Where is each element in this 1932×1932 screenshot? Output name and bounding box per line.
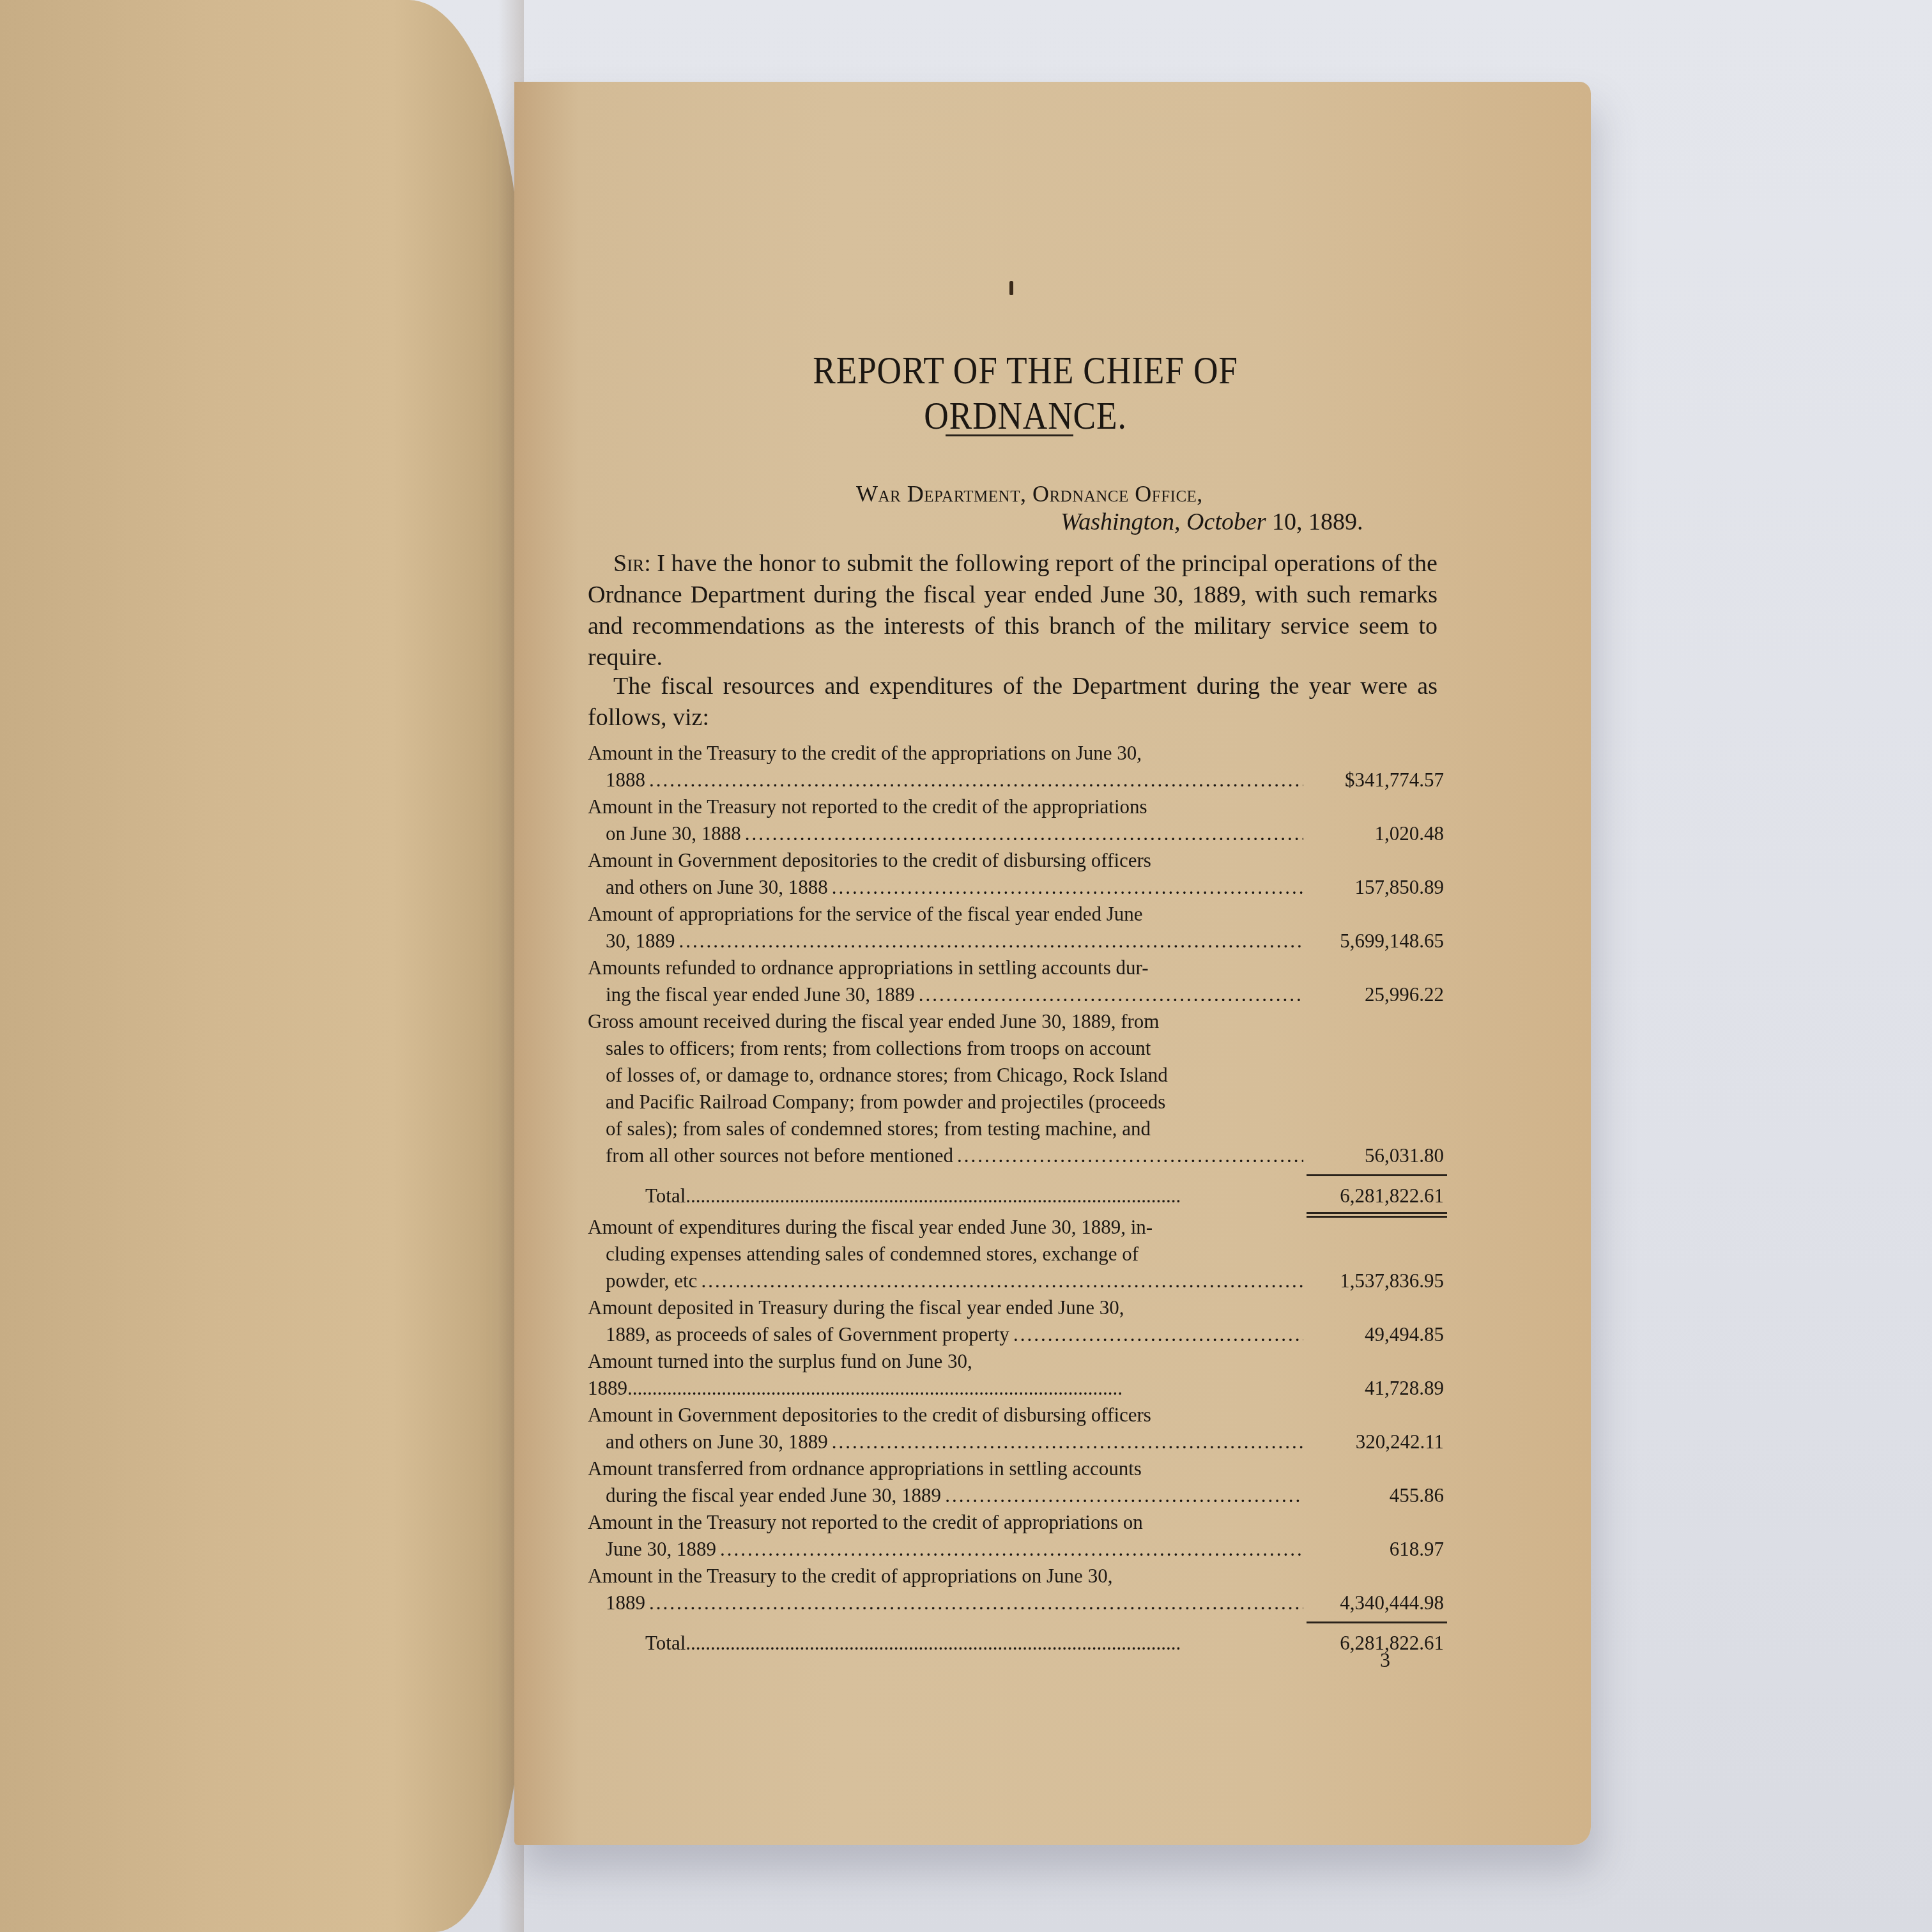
row-text: 1889, as proceeds of sales of Government…: [606, 1321, 1009, 1348]
row-text: of losses of, or damage to, ordnance sto…: [588, 1062, 1303, 1089]
dateline-office: War Department, Ordnance Office,: [856, 480, 1203, 507]
row-text: Gross amount received during the fiscal …: [588, 1008, 1303, 1035]
ledger-row: Amount in Government depositories to the…: [588, 847, 1447, 901]
ledger-row: Amount turned into the surplus fund on J…: [588, 1348, 1447, 1402]
row-amount: 320,242.11: [1303, 1429, 1444, 1455]
row-text: Amount in Government depositories to the…: [588, 847, 1303, 874]
leader-dots: ........................................…: [957, 1142, 1303, 1169]
row-text: Amount in Government depositories to the…: [588, 1402, 1303, 1429]
row-text: Amounts refunded to ordnance appropriati…: [588, 954, 1303, 981]
leader-dots: ........................................…: [832, 1429, 1303, 1455]
row-text: of sales); from sales of condemned store…: [588, 1115, 1303, 1142]
expenditures-ledger: Amount of expenditures during the fiscal…: [588, 1214, 1447, 1657]
leader-dots: ........................................…: [701, 1268, 1303, 1294]
total-label: Total: [645, 1184, 686, 1207]
leader-dots: ........................................…: [649, 1590, 1303, 1616]
row-text: and others on June 30, 1888: [606, 874, 828, 901]
salutation: Sir: [613, 550, 644, 577]
leader-dots: ........................................…: [945, 1482, 1303, 1509]
row-text: June 30, 1889: [606, 1536, 716, 1563]
total-amount: 6,281,822.61: [1303, 1183, 1444, 1209]
row-amount: 455.86: [1303, 1482, 1444, 1509]
row-amount: 1,537,836.95: [1303, 1268, 1444, 1294]
ink-speck: [1009, 281, 1013, 295]
total-label: Total: [645, 1632, 686, 1654]
ledger-row: Amount transferred from ordnance appropr…: [588, 1455, 1447, 1509]
total-amount: 6,281,822.61: [1303, 1630, 1444, 1657]
row-text: Amount in the Treasury to the credit of …: [588, 740, 1303, 767]
row-amount: 1,020.48: [1303, 820, 1444, 847]
ledger-row: Amount in the Treasury not reported to t…: [588, 793, 1447, 847]
row-amount: 618.97: [1303, 1536, 1444, 1563]
row-amount: 49,494.85: [1303, 1321, 1444, 1348]
leader-dots: ........................................…: [649, 767, 1303, 793]
row-text: and Pacific Railroad Company; from powde…: [588, 1089, 1303, 1115]
title-rule: [946, 434, 1073, 436]
ledger-row: Amount in the Treasury to the credit of …: [588, 1563, 1447, 1616]
ledger-row: Amount of expenditures during the fiscal…: [588, 1214, 1447, 1294]
ledger-row: Amount in the Treasury to the credit of …: [588, 740, 1447, 793]
row-text: Amount of expenditures during the fiscal…: [588, 1214, 1303, 1241]
row-text: 1888: [606, 767, 645, 793]
row-text: ing the fiscal year ended June 30, 1889: [606, 981, 915, 1008]
leader-dots: ........................................…: [1013, 1321, 1303, 1348]
row-amount: 5,699,148.65: [1303, 928, 1444, 954]
leader-dots: ........................................…: [919, 981, 1303, 1008]
row-text: Amount in the Treasury not reported to t…: [588, 1509, 1303, 1536]
row-text: 1889: [606, 1590, 645, 1616]
leader-dots: ........................................…: [720, 1536, 1303, 1563]
ledger-row: Amount in the Treasury not reported to t…: [588, 1509, 1447, 1563]
leader-dots: ........................................…: [686, 1184, 1181, 1207]
leader-dots: ........................................…: [627, 1377, 1123, 1399]
row-text: during the fiscal year ended June 30, 18…: [606, 1482, 941, 1509]
sum-rule: [1307, 1621, 1447, 1623]
ledger-row: Amount in Government depositories to the…: [588, 1402, 1447, 1455]
dateline-place: Washington, October: [1061, 509, 1266, 535]
ledger-row: Amount of appropriations for the service…: [588, 901, 1447, 954]
page-number: 3: [1380, 1648, 1390, 1672]
row-text: cluding expenses attending sales of cond…: [588, 1241, 1303, 1268]
leader-dots: ........................................…: [679, 928, 1304, 954]
resources-total-row: Total...................................…: [588, 1183, 1447, 1209]
ledger-row: Amounts refunded to ordnance appropriati…: [588, 954, 1447, 1008]
row-text: Amount deposited in Treasury during the …: [588, 1294, 1303, 1321]
row-text: Amount transferred from ordnance appropr…: [588, 1455, 1303, 1482]
row-text: from all other sources not before mentio…: [606, 1142, 953, 1169]
row-amount: 56,031.80: [1303, 1142, 1444, 1169]
resources-ledger: Amount in the Treasury to the credit of …: [588, 740, 1447, 1218]
row-text: Amount in the Treasury not reported to t…: [588, 793, 1303, 820]
expenditures-total-row: Total...................................…: [588, 1630, 1447, 1657]
row-text: and others on June 30, 1889: [606, 1429, 828, 1455]
row-amount: 157,850.89: [1303, 874, 1444, 901]
row-text: Amount of appropriations for the service…: [588, 901, 1303, 928]
left-page: [0, 0, 524, 1932]
dateline-date: 10, 1889.: [1272, 509, 1363, 535]
row-amount: 41,728.89: [1303, 1375, 1444, 1402]
row-amount: 4,340,444.98: [1303, 1590, 1444, 1616]
intro-text: : I have the honor to submit the followi…: [588, 550, 1437, 671]
row-text: on June 30, 1888: [606, 820, 741, 847]
row-text: sales to officers; from rents; from coll…: [588, 1035, 1303, 1062]
ledger-row: Gross amount received during the fiscal …: [588, 1008, 1447, 1169]
row-text: powder, etc: [606, 1268, 697, 1294]
ledger-row: Amount deposited in Treasury during the …: [588, 1294, 1447, 1348]
leader-dots: ........................................…: [745, 820, 1303, 847]
page-title: REPORT OF THE CHIEF OF ORDNANCE.: [737, 348, 1314, 439]
row-text: 30, 1889: [606, 928, 675, 954]
intro-paragraph: Sir: I have the honor to submit the foll…: [588, 548, 1437, 673]
dateline-place-date: Washington, October 10, 1889.: [1061, 508, 1363, 536]
fiscal-paragraph: The fiscal resources and expenditures of…: [588, 671, 1437, 733]
row-text: Amount in the Treasury to the credit of …: [588, 1563, 1303, 1590]
sum-rule: [1307, 1174, 1447, 1176]
row-amount: $341,774.57: [1303, 767, 1444, 793]
leader-dots: ........................................…: [832, 874, 1303, 901]
leader-dots: ........................................…: [686, 1632, 1181, 1654]
row-amount: 25,996.22: [1303, 981, 1444, 1008]
